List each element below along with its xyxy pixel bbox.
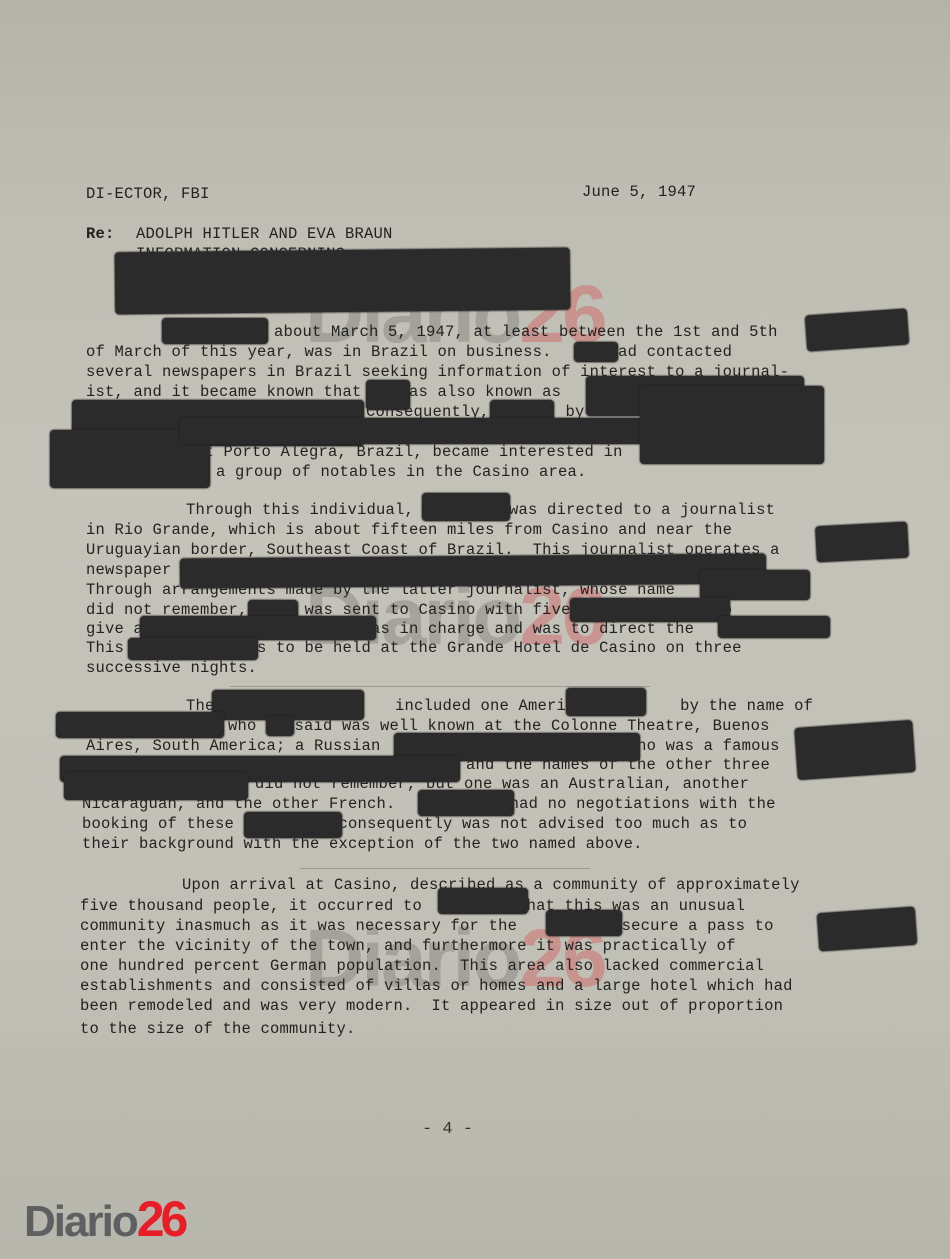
redaction-block [422,493,510,521]
body-line: successive nights. [86,659,257,677]
redaction-block [366,380,410,410]
body-line: enter the vicinity of the town, and furt… [80,937,736,955]
body-line: five thousand people, it occurred to tha… [80,897,745,915]
addressee: DI-ECTOR, FBI [86,185,210,203]
body-line: been remodeled and was very modern. It a… [80,997,783,1015]
redaction-block [162,318,268,344]
redaction-block [140,616,376,640]
redaction-block [64,772,248,800]
redaction-block [244,812,342,838]
body-line: about March 5, 1947, at least between th… [274,323,778,341]
redaction-block [794,720,915,780]
page-number: - 4 - [422,1120,473,1139]
logo-number: 26 [137,1191,185,1247]
redaction-block [817,907,917,952]
redaction-block [438,888,528,914]
redaction-block [418,790,514,816]
redaction-block [180,418,650,444]
document-date: June 5, 1947 [582,183,696,201]
logo-name: Diario [24,1197,137,1246]
body-line: community inasmuch as it was necessary f… [80,917,774,935]
redaction-block [700,570,810,600]
redaction-block [115,248,571,315]
body-line: a group of notables in the Casino area. [216,463,587,481]
redaction-block [574,342,618,362]
redaction-block [640,386,824,464]
redaction-block [546,910,622,936]
redaction-block [128,638,258,660]
redaction-block [180,553,766,588]
body-line: one hundred percent German population. T… [80,957,764,975]
re-label: Re: [86,225,115,243]
body-line: of March of this year, was in Brazil on … [86,343,732,361]
divider [230,686,650,687]
body-line: establishments and consisted of villas o… [80,977,793,995]
body-line: ist, and it became known that was also k… [86,383,561,401]
document-page: Diario26 Diario26 Diario26 DI-ECTOR, FBI… [0,0,950,1259]
redaction-block [56,712,224,738]
body-line: booking of these consequently was not ad… [82,815,747,833]
body-line: their background with the exception of t… [82,835,643,853]
body-line: newspaper [86,561,172,579]
redaction-block [805,308,909,351]
redaction-block [718,616,830,638]
redaction-block [570,598,730,622]
subject-line-1: ADOLPH HITLER AND EVA BRAUN [136,225,393,243]
diario26-logo: Diario26 [24,1190,184,1248]
redaction-block [815,522,909,563]
divider [300,868,590,869]
redaction-block [266,716,294,736]
redaction-block [566,688,646,716]
body-line: in Rio Grande, which is about fifteen mi… [86,521,732,539]
body-line: to the size of the community. [80,1020,356,1038]
